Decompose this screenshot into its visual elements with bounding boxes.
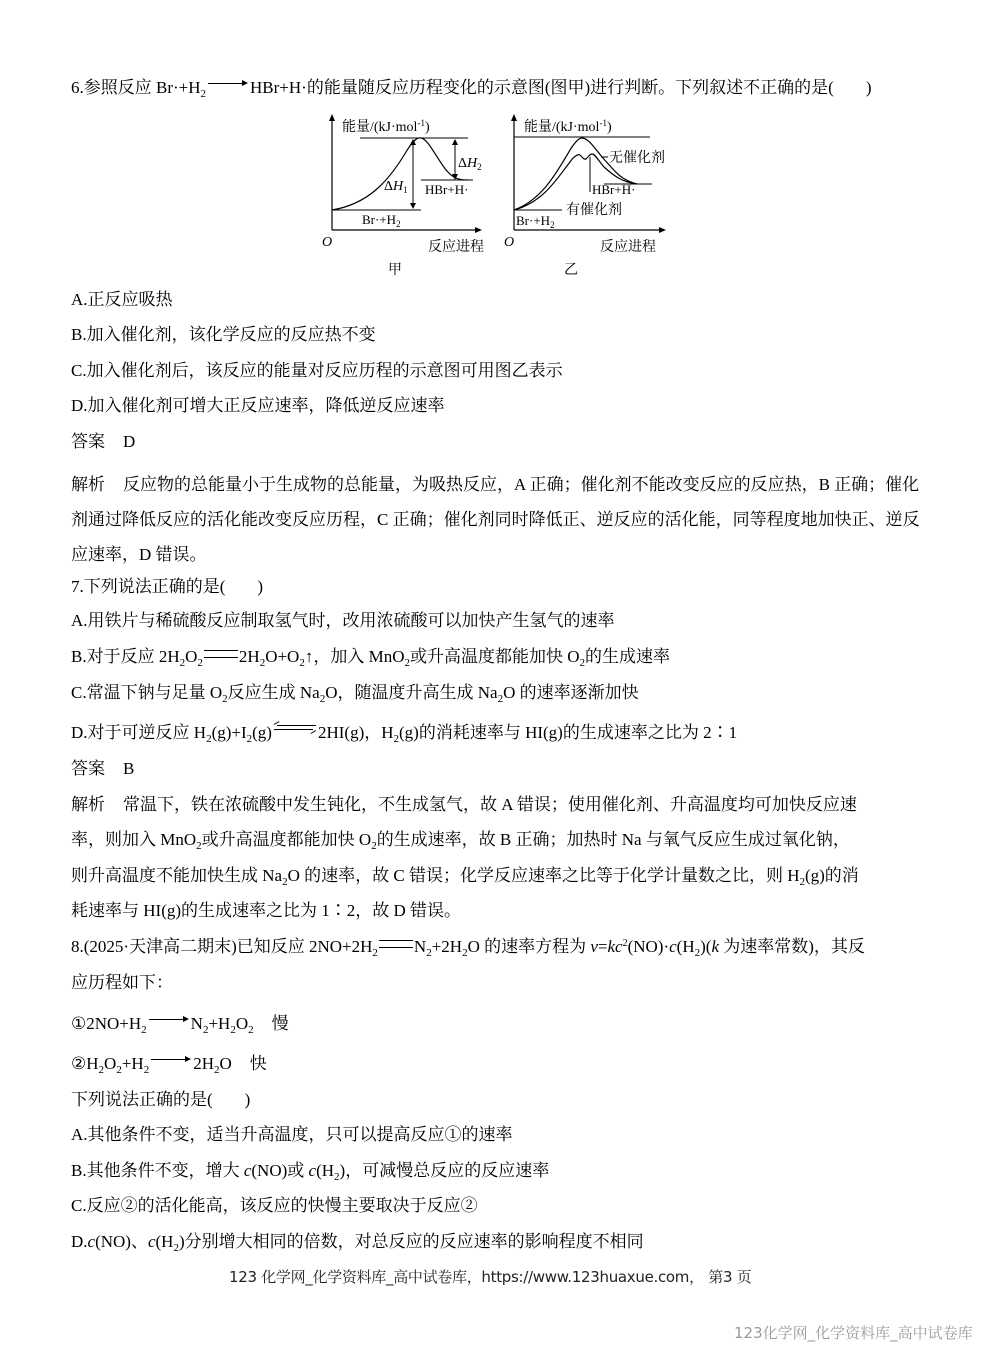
text: (H	[316, 1161, 334, 1180]
q7-paren: )	[257, 577, 263, 596]
text: 2H	[193, 1054, 214, 1073]
reactant-label-yi: Br·+H2	[516, 213, 555, 230]
reversible-arrow-icon	[274, 723, 316, 733]
delta-h1-label: ΔH1	[384, 179, 408, 195]
text: O	[104, 1054, 116, 1073]
q6-stem-suffix: 的能量随反应历程变化的示意图(图甲)进行判断。下列叙述不正确的是(	[307, 78, 834, 97]
q6-stem: 6.参照反应 Br·+H2HBr+H·的能量随反应历程变化的示意图(图甲)进行判…	[71, 77, 872, 99]
text: )	[245, 1090, 251, 1109]
text: 2HI(g)，H	[318, 723, 394, 742]
text: (g)	[252, 723, 272, 742]
analysis-label: 解析	[71, 795, 105, 814]
text: O 的速率逐渐加快	[503, 683, 639, 702]
text: 率，则加入 MnO	[71, 830, 196, 849]
q8-question: 下列说法正确的是()	[71, 1089, 250, 1111]
q8-option-b: B.其他条件不变，增大 c(NO)或 c(H2)，可减慢总反应的反应速率	[71, 1160, 549, 1182]
text: O	[236, 1014, 248, 1033]
q7-analysis-line4: 耗速率与 HI(g)的生成速率之比为 1∶2，故 D 错误。	[71, 900, 461, 922]
reactant-label: Br·+H2	[362, 212, 401, 229]
text: ②H	[71, 1054, 99, 1073]
text: D.对于可逆反应 H	[71, 723, 206, 742]
text: B.其他条件不变，增大	[71, 1161, 244, 1180]
rate-symbol: v	[590, 937, 598, 956]
q7-analysis-line3: 则升高温度不能加快生成 Na2O 的速率，故 C 错误；化学反应速率之比等于化学…	[71, 865, 859, 887]
xlabel-jia: 反应进程	[428, 239, 484, 255]
q7-option-a: A.用铁片与稀硫酸反应制取氢气时，改用浓硫酸可以加快产生氢气的速率	[71, 610, 615, 632]
q6-option-b: B.加入催化剂，该化学反应的反应热不变	[71, 324, 376, 346]
q7-analysis-line1: 解析常温下，铁在浓硫酸中发生钝化，不生成氢气，故 A 错误；使用催化剂、升高温度…	[71, 794, 857, 816]
q8-option-d: D.c(NO)、c(H2)分别增大相同的倍数，对总反应的反应速率的影响程度不相同	[71, 1231, 644, 1253]
text: D.	[71, 1232, 88, 1251]
subscript: 2	[197, 657, 203, 669]
q6-option-c: C.加入催化剂后，该反应的能量对反应历程的示意图可用图乙表示	[71, 360, 563, 382]
equals-sign-icon	[379, 940, 413, 948]
text: 则升高温度不能加快生成 Na	[71, 866, 282, 885]
text: O	[185, 647, 197, 666]
origin-label-yi: O	[504, 235, 514, 250]
text: 反应生成 Na	[228, 683, 320, 702]
q7-answer: 答案B	[71, 758, 134, 780]
q6-product: HBr+H·	[250, 78, 307, 97]
q6-answer: 答案D	[71, 431, 135, 453]
q6-analysis: 解析反应物的总能量小于生成物的总能量，为吸热反应，A 正确；催化剂不能改变反应的…	[71, 467, 921, 572]
text: 的生成速率	[585, 647, 670, 666]
text: 或升高温度都能加快 O	[202, 830, 372, 849]
text: (NO)、	[95, 1232, 148, 1251]
subscript: 2	[201, 88, 207, 100]
speed-label: 慢	[272, 1014, 289, 1033]
ylabel-yi: 能量/(kJ·mol-1)	[524, 118, 612, 135]
text: B.对于反应 2H	[71, 647, 180, 666]
q7-option-c: C.常温下钠与足量 O2反应生成 Na2O，随温度升高生成 Na2O 的速率逐渐…	[71, 682, 639, 704]
q7-option-b: B.对于反应 2H2O22H2O+O2↑，加入 MnO2或升高温度都能加快 O2…	[71, 646, 670, 668]
subscript: 2	[248, 1024, 254, 1036]
concentration-symbol: c	[88, 1232, 96, 1251]
answer-value: B	[123, 759, 134, 778]
q8-option-a: A.其他条件不变，适当升高温度，只可以提高反应①的速率	[71, 1124, 513, 1146]
concentration-symbol: c	[669, 937, 677, 956]
watermark: 123化学网_化学资料库_高中试卷库	[734, 1322, 973, 1343]
text: (g)+I	[212, 723, 247, 742]
reaction-arrow-icon	[149, 1015, 189, 1025]
text: 为速率常数)，其反	[719, 937, 865, 956]
text: 下列说法正确的是(	[71, 1090, 213, 1109]
text: (H	[677, 937, 695, 956]
text: (NO)·	[628, 937, 670, 956]
q8-step2: ②H2O2+H22H2O快	[71, 1053, 267, 1075]
text: )，可减慢总反应的反应速率	[340, 1161, 550, 1180]
figure-jia: 能量/(kJ·mol-1) ΔH1 ΔH2 HBr+H· Br·+H2 O 反应…	[318, 112, 493, 287]
text: ↑，加入 MnO	[305, 647, 405, 666]
q7-option-d: D.对于可逆反应 H2(g)+I2(g)2HI(g)，H2(g)的消耗速率与 H…	[71, 722, 737, 744]
analysis-text: 反应物的总能量小于生成物的总能量，为吸热反应，A 正确；催化剂不能改变反应的反应…	[71, 475, 920, 564]
figure-yi: 能量/(kJ·mol-1) 无催化剂 HBr+H· 有催化剂 Br·+H2 O …	[502, 112, 687, 287]
text: N	[414, 937, 426, 956]
q6-option-d: D.加入催化剂可增大正反应速率，降低逆反应速率	[71, 395, 445, 417]
k-symbol: k	[711, 937, 719, 956]
ylabel-jia: 能量/(kJ·mol-1)	[342, 118, 430, 135]
text: O	[219, 1054, 231, 1073]
q7-stem: 7.下列说法正确的是()	[71, 576, 263, 598]
catalysed-label: 有催化剂	[566, 201, 622, 218]
text: )分别增大相同的倍数，对总反应的反应速率的影响程度不相同	[179, 1232, 644, 1251]
text: 8.(2025·天津高二期末)已知反应 2NO+2H	[71, 937, 372, 956]
q8-stem-line2: 应历程如下：	[71, 972, 173, 994]
q7-analysis-line2: 率，则加入 MnO2或升高温度都能加快 O2的生成速率，故 B 正确；加热时 N…	[71, 829, 850, 851]
answer-value: D	[123, 432, 135, 451]
text: ①2NO+H	[71, 1014, 141, 1033]
text: (NO)或	[251, 1161, 308, 1180]
product-label-yi: HBr+H·	[592, 182, 635, 197]
text: 2H	[239, 647, 260, 666]
text: O 的速率，故 C 错误；化学反应速率之比等于化学计量数之比，则 H	[288, 866, 800, 885]
q8-step1: ①2NO+H2N2+H2O2慢	[71, 1013, 289, 1035]
text: (g)的消	[805, 866, 859, 885]
origin-label: O	[322, 235, 332, 250]
reaction-arrow-icon	[208, 79, 248, 89]
answer-label: 答案	[71, 432, 105, 451]
text: +H	[208, 1014, 230, 1033]
q8-option-c: C.反应②的活化能高，该反应的快慢主要取决于反应②	[71, 1195, 478, 1217]
reaction-arrow-icon	[151, 1055, 191, 1065]
text: +H	[122, 1054, 144, 1073]
caption-yi: 乙	[564, 263, 578, 278]
caption-jia: 甲	[388, 262, 402, 278]
text: O+O	[265, 647, 299, 666]
text: O，随温度升高生成 Na	[325, 683, 497, 702]
q7-stem-text: 7.下列说法正确的是(	[71, 577, 225, 596]
xlabel-yi: 反应进程	[600, 239, 656, 255]
rate-constant: kc	[607, 937, 622, 956]
concentration-symbol: c	[309, 1161, 317, 1180]
q6-stem-text: 6.参照反应 Br·+H	[71, 78, 201, 97]
concentration-symbol: c	[148, 1232, 156, 1251]
q6-option-a: A.正反应吸热	[71, 289, 173, 311]
product-label: HBr+H·	[425, 182, 468, 197]
text: O 的速率方程为	[468, 937, 591, 956]
text: (H	[156, 1232, 174, 1251]
q6-paren: )	[866, 78, 872, 97]
text: C.常温下钠与足量 O	[71, 683, 222, 702]
page-footer: 123 化学网_化学资料库_高中试卷库，https://www.123huaxu…	[229, 1266, 751, 1287]
delta-h2-label: ΔH2	[458, 156, 482, 172]
speed-label: 快	[250, 1054, 267, 1073]
equals-sign-icon	[204, 650, 238, 658]
subscript: 2	[372, 947, 378, 959]
subscript: 2	[144, 1064, 150, 1076]
analysis-label: 解析	[71, 475, 105, 494]
subscript: 2	[141, 1024, 147, 1036]
analysis-text: 常温下，铁在浓硫酸中发生钝化，不生成氢气，故 A 错误；使用催化剂、升高温度均可…	[123, 795, 857, 814]
answer-label: 答案	[71, 759, 105, 778]
text: N	[191, 1014, 203, 1033]
text: 的生成速率，故 B 正确；加热时 Na 与氧气反应生成过氧化钠，	[377, 830, 850, 849]
text: 或升高温度都能加快 O	[410, 647, 580, 666]
text: )(	[700, 937, 711, 956]
q8-stem: 8.(2025·天津高二期末)已知反应 2NO+2H2N2+2H2O 的速率方程…	[71, 936, 865, 958]
text: (g)的消耗速率与 HI(g)的生成速率之比为 2∶1	[399, 723, 737, 742]
text: +2H	[432, 937, 462, 956]
uncatalysed-label: 无催化剂	[609, 149, 665, 166]
